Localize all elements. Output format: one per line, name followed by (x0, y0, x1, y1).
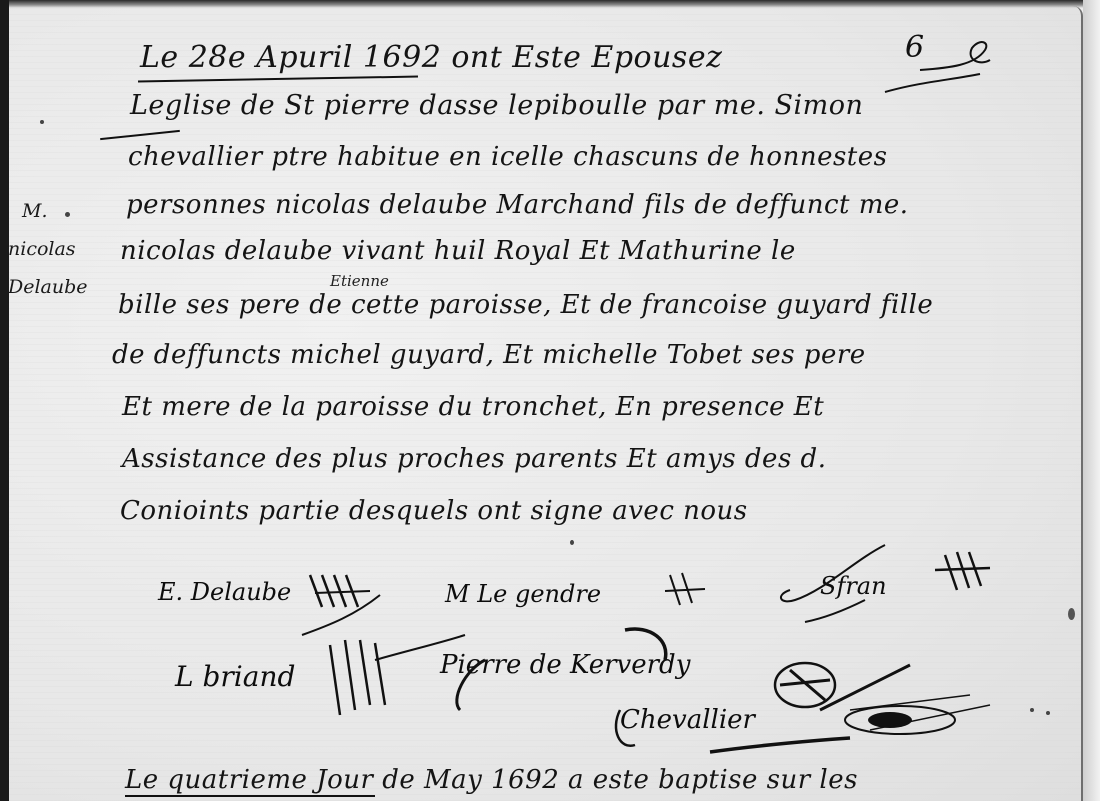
interlinear-insertion: Etienne (330, 272, 389, 290)
entry-line-3: chevallier ptre habitue en icelle chascu… (128, 142, 887, 172)
entry-number: 6 (905, 30, 924, 65)
entry-line-1: Le 28e Apuril 1692 ont Este Epousez (140, 40, 722, 75)
ink-speck (1046, 711, 1050, 715)
ink-speck (40, 120, 44, 124)
entry-line-6: bille ses pere de cette paroisse, Et de … (118, 290, 933, 320)
entry-line-5: nicolas delaube vivant huil Royal Et Mat… (120, 236, 796, 266)
entry-line-10: Conioints partie desquels ont signe avec… (120, 496, 748, 526)
entry-line-7: de deffuncts michel guyard, Et michelle … (112, 340, 866, 370)
signature-briand: L briand (175, 660, 295, 693)
signature-chevallier: Chevallier (620, 705, 755, 735)
book-binding-shadow (0, 0, 9, 801)
page-top-shadow (9, 0, 1100, 8)
next-entry-underline (125, 795, 375, 797)
signature-delaube: E. Delaube (158, 578, 291, 606)
entry-line-2: Leglise de St pierre dasse lepiboulle pa… (130, 90, 863, 121)
entry-line-9: Assistance des plus proches parents Et a… (122, 444, 826, 474)
entry-line-4: personnes nicolas delaube Marchand fils … (126, 190, 909, 220)
ink-speck (1030, 708, 1034, 712)
margin-note-line: Delaube (8, 268, 88, 306)
ink-speck (1068, 608, 1075, 620)
margin-note-line: nicolas (8, 230, 88, 268)
signature-kerverdy: Pierre de Kerverdy (440, 650, 690, 680)
ink-speck (570, 540, 574, 545)
ink-speck (65, 212, 70, 217)
entry-line-8: Et mere de la paroisse du tronchet, En p… (122, 392, 824, 422)
signature-sfran: Sfran (820, 572, 887, 600)
scanned-register-page: M. nicolas Delaube Le 28e Apuril 1692 on… (0, 0, 1100, 801)
next-entry-line: Le quatrieme Jour de May 1692 a este bap… (125, 765, 858, 795)
margin-note-line: M. (22, 192, 88, 230)
margin-note: M. nicolas Delaube (22, 192, 88, 306)
signature-legendre: M Le gendre (445, 580, 601, 608)
page-edge (1083, 0, 1100, 801)
